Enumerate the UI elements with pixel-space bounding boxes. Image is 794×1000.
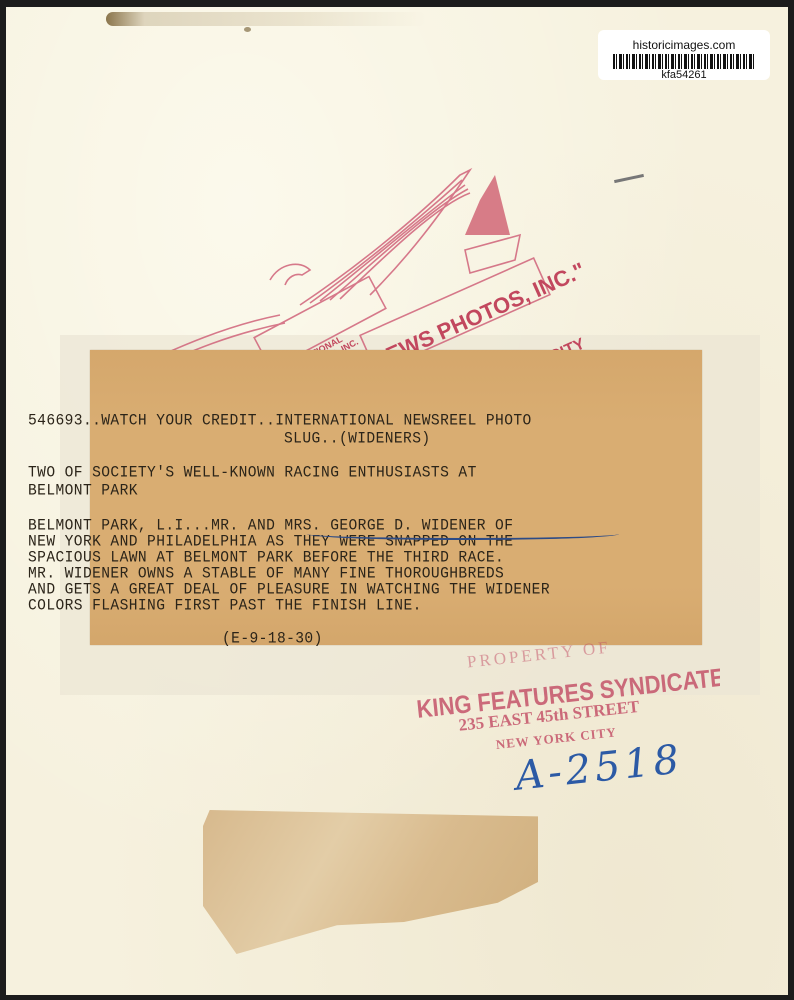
property-stamp: PROPERTY OF KING FEATURES SYNDICATE, Inc…: [400, 620, 720, 750]
barcode-label: historicimages.com kfa54261: [598, 30, 770, 80]
eagle-stamp-icon: INTERNATIONAL NEWS PHOTOS, INC. NEWS PHO…: [120, 155, 600, 375]
caption-header-line: 546693..WATCH YOUR CREDIT..INTERNATIONAL…: [28, 412, 532, 430]
svg-text:PROPERTY OF: PROPERTY OF: [466, 638, 611, 672]
barcode-icon: [613, 54, 755, 69]
stain-dot: [244, 27, 251, 32]
barcode-site: historicimages.com: [598, 39, 770, 52]
pencil-mark: [614, 174, 644, 183]
caption-headline-2: BELMONT PARK: [28, 482, 138, 500]
caption-body-line: COLORS FLASHING FIRST PAST THE FINISH LI…: [28, 597, 422, 615]
barcode-id: kfa54261: [598, 69, 770, 81]
ink-underline: [307, 528, 619, 540]
caption-body-line: SPACIOUS LAWN AT BELMONT PARK BEFORE THE…: [28, 549, 504, 567]
caption-body-line: AND GETS A GREAT DEAL OF PLEASURE IN WAT…: [28, 581, 550, 599]
caption-slug-line: SLUG..(WIDENERS): [284, 430, 431, 448]
caption-date-code: (E-9-18-30): [222, 630, 323, 648]
caption-headline-1: TWO OF SOCIETY'S WELL-KNOWN RACING ENTHU…: [28, 464, 477, 482]
edge-stain: [106, 12, 426, 26]
caption-body-line: MR. WIDENER OWNS A STABLE OF MANY FINE T…: [28, 565, 504, 583]
